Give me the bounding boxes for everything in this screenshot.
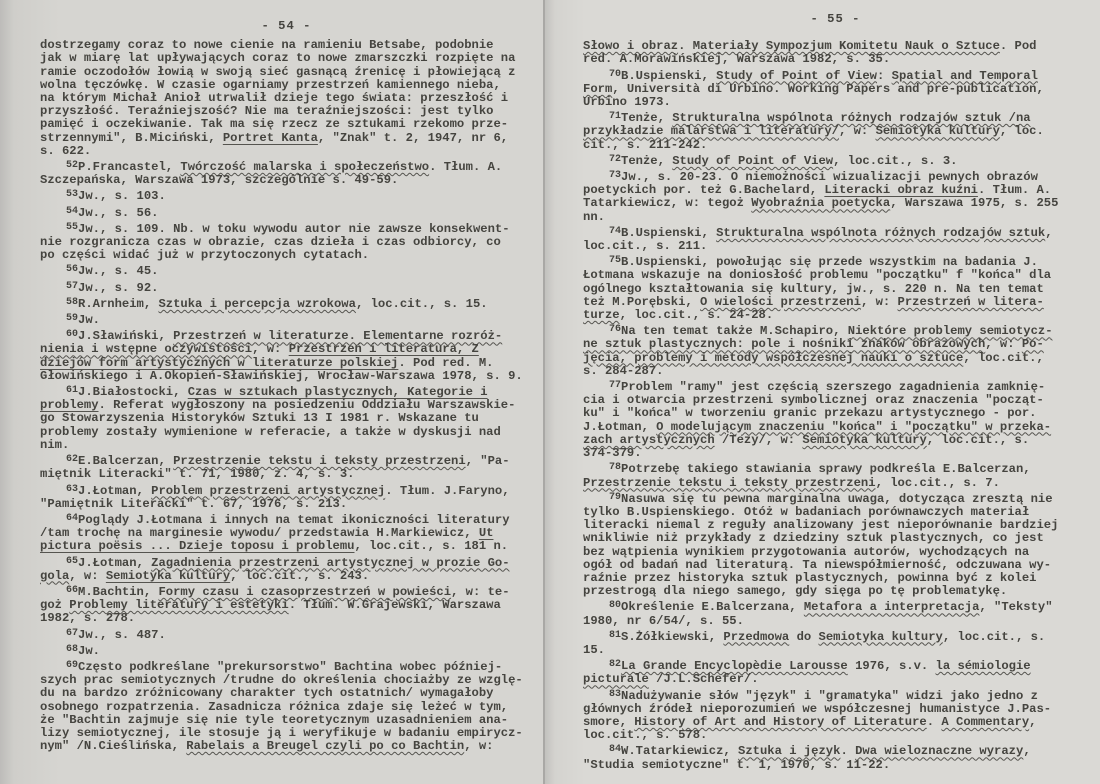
footnote-number: 78 <box>609 462 621 473</box>
footnote-65: 65J.Łotman, Zagadnienia przestrzeni arty… <box>40 557 533 583</box>
text-segment: R.Arnheim, <box>78 297 158 311</box>
footnote-69: 69Często podkreślane "prekursorstwo" Bac… <box>40 661 533 753</box>
cited-title: Słowo i obraz <box>583 39 678 53</box>
cited-title: Strukturalna wspólnota różnych rodzajów … <box>716 226 1045 240</box>
footnote-number: 84 <box>609 744 621 755</box>
text-segment: , loc.cit., s. 7. <box>876 476 1000 490</box>
cited-title: Semiotyka kultury <box>802 433 926 447</box>
footnote-83: 83Nadużywanie słów "język" i "gramatyka"… <box>583 690 1088 743</box>
text-segment: Jw., s. 109. Nb. w toku wywodu autor nie… <box>40 222 510 262</box>
cited-title: O wielości przestrzeni <box>700 295 861 309</box>
text-segment: Nasuwa się tu pewna marginalna uwaga, do… <box>583 492 1058 598</box>
footnote-number: 58 <box>66 297 78 308</box>
text-segment: M.Bachtin, <box>78 585 158 599</box>
footnote-84: 84W.Tatarkiewicz, Sztuka i język. Dwa wi… <box>583 745 1088 771</box>
footnote-number: 69 <box>66 660 78 671</box>
footnote-58: 58R.Arnheim, Sztuka i percepcja wzrokowa… <box>40 298 533 311</box>
text-segment: . <box>840 744 855 758</box>
text-segment: , w: <box>839 124 876 138</box>
text-segment: , w: <box>252 342 289 356</box>
footnote-77: 77Problem "ramy" jest częścią szerszego … <box>583 381 1088 460</box>
cited-title: Przestrzenie tekstu i teksty przestrzeni <box>173 454 466 468</box>
footnote-number: 64 <box>66 513 78 524</box>
footnote-68: 68Jw. <box>40 645 533 658</box>
footnote-74: 74B.Uspienski, Strukturalna wspólnota ró… <box>583 227 1088 253</box>
text-segment: , loc.cit., s. 243. <box>230 569 369 583</box>
cited-title: History of Art and History of Literature <box>634 715 927 729</box>
cited-title: A Commentary <box>941 715 1029 729</box>
text-segment: /J.L.Schefer/. <box>649 672 759 686</box>
footnote-number: 62 <box>66 454 78 465</box>
text-segment: Jw., s. 487. <box>78 628 166 642</box>
page-right: - 55 - Słowo i obraz. Materiały Sympozju… <box>543 0 1100 784</box>
text-segment: Tenże, <box>621 111 672 125</box>
footnote-75: 75B.Uspienski, powołując się przede wszy… <box>583 256 1088 322</box>
footnote-71: 71Tenże, Strukturalna wspólnota różnych … <box>583 112 1088 152</box>
footnote-number: 77 <box>609 380 621 391</box>
body-paragraph: Słowo i obraz. Materiały Sympozjum Komit… <box>583 40 1088 66</box>
footnote-number: 72 <box>609 154 621 165</box>
footnote-number: 57 <box>66 281 78 292</box>
body-paragraph: dostrzegamy coraz to nowe cienie na rami… <box>40 39 533 158</box>
footnote-number: 67 <box>66 628 78 639</box>
cited-title: Materiały Sympozjum Komitetu Nauk o Sztu… <box>693 39 1000 53</box>
cited-title: La Grande Encyclopèdie Larousse <box>621 659 848 673</box>
book-spread: - 54 - dostrzegamy coraz to nowe cienie … <box>0 0 1100 784</box>
footnote-66: 66M.Bachtin, Formy czasu i czasoprzestrz… <box>40 586 533 626</box>
text-segment: , w: <box>861 295 898 309</box>
footnote-52: 52P.Francastel, Twórczość malarska i spo… <box>40 161 533 187</box>
text-segment: dostrzegamy coraz to nowe cienie na rami… <box>40 38 515 144</box>
footnote-70: 70B.Uspienski, Study of Point of View: S… <box>583 70 1088 110</box>
cited-title: Sztuka i język <box>738 744 840 758</box>
footnote-63: 63J.Łotman, Problem przestrzeni artystyc… <box>40 485 533 511</box>
footnote-number: 53 <box>66 189 78 200</box>
text-segment: Jw., s. 45. <box>78 264 158 278</box>
text-segment: , w: <box>985 337 1022 351</box>
footnote-55: 55Jw., s. 109. Nb. w toku wywodu autor n… <box>40 223 533 263</box>
text-segment: Tenże, <box>621 154 672 168</box>
footnote-number: 80 <box>609 600 621 611</box>
footnote-number: 74 <box>609 226 621 237</box>
footnote-number: 68 <box>66 644 78 655</box>
footnote-60: 60J.Sławiński, Przestrzeń w literaturze.… <box>40 330 533 383</box>
text-segment: /Tezy/, w: <box>715 433 803 447</box>
page-right-content: Słowo i obraz. Materiały Sympozjum Komit… <box>583 40 1088 772</box>
text-segment: J.Łotman, <box>78 484 151 498</box>
footnote-number: 79 <box>609 492 621 503</box>
footnote-number: 66 <box>66 585 78 596</box>
text-segment: , loc.cit., s. 24-28. <box>620 308 774 322</box>
text-segment: Potrzebę takiego stawiania sprawy podkre… <box>621 462 1031 476</box>
text-segment: Na ten temat także M.Schapiro, <box>621 324 848 338</box>
cited-title: Semiotyka kultury <box>106 569 230 583</box>
page-number-left: - 54 - <box>40 20 533 33</box>
text-segment: B.Uspienski, <box>621 226 716 240</box>
text-segment: . <box>927 715 942 729</box>
text-segment: : <box>877 69 892 83</box>
text-segment: , w: <box>464 739 493 753</box>
footnote-number: 63 <box>66 484 78 495</box>
footnote-62: 62E.Balcerzan, Przestrzenie tekstu i tek… <box>40 455 533 481</box>
footnote-number: 61 <box>66 385 78 396</box>
cited-title: Twórczość malarska i społeczeństwo <box>180 160 429 174</box>
cited-title: Semiotyka kultury <box>876 124 1000 138</box>
cited-title: Formy czasu i czasoprzestrzeń w powieści <box>158 585 451 599</box>
text-segment: J.Łotman, <box>78 556 151 570</box>
text-segment: B.Uspienski, <box>621 69 716 83</box>
text-segment: S.Żółkiewski, <box>621 630 723 644</box>
text-segment: , loc.cit., s. 3. <box>833 154 957 168</box>
footnote-73: 73Jw., s. 20-23. O niemożności wizualiza… <box>583 171 1088 224</box>
cited-title: Portret Kanta <box>223 131 318 145</box>
text-segment: Jw., s. 103. <box>78 189 166 203</box>
cited-title: Przestrzenie tekstu i teksty przestrzeni <box>583 476 876 490</box>
footnote-number: 75 <box>609 255 621 266</box>
footnote-number: 65 <box>66 556 78 567</box>
footnote-76: 76Na ten temat także M.Schapiro, Niektór… <box>583 325 1088 378</box>
text-segment: J.Białostocki, <box>78 385 188 399</box>
text-segment: . Referat wygłoszony na posiedzeniu Oddz… <box>40 398 515 452</box>
text-segment: , loc.cit., s. 15. <box>356 297 488 311</box>
footnote-59: 59Jw. <box>40 314 533 327</box>
footnote-number: 54 <box>66 206 78 217</box>
cited-title: Rabelais a Breugel czyli po co Bachtin <box>186 739 464 753</box>
footnote-79: 79Nasuwa się tu pewna marginalna uwaga, … <box>583 493 1088 599</box>
footnote-67: 67Jw., s. 487. <box>40 629 533 642</box>
footnote-number: 83 <box>609 689 621 700</box>
text-segment: Jw. <box>78 313 100 327</box>
footnote-number: 71 <box>609 111 621 122</box>
footnote-number: 70 <box>609 69 621 80</box>
text-segment: J.Sławiński, <box>78 329 173 343</box>
footnote-64: 64Poglądy J.Łotmana i innych na temat ik… <box>40 514 533 554</box>
footnote-number: 76 <box>609 324 621 335</box>
footnote-number: 59 <box>66 313 78 324</box>
footnote-57: 57Jw., s. 92. <box>40 282 533 295</box>
footnote-61: 61J.Białostocki, Czas w sztukach plastyc… <box>40 386 533 452</box>
footnote-number: 52 <box>66 160 78 171</box>
footnote-56: 56Jw., s. 45. <box>40 265 533 278</box>
cited-title: Metafora a interpretacja <box>804 600 980 614</box>
footnote-80: 80Określenie E.Balcerzana, Metafora a in… <box>583 601 1088 627</box>
cited-title: Literacki obraz kuźni <box>824 183 978 197</box>
text-segment: . <box>678 39 693 53</box>
footnote-81: 81S.Żółkiewski, Przedmowa do Semiotyka k… <box>583 631 1088 657</box>
text-segment: Określenie E.Balcerzana, <box>621 600 804 614</box>
footnote-number: 55 <box>66 222 78 233</box>
cited-title: Przedmowa <box>723 630 789 644</box>
footnote-number: 81 <box>609 630 621 641</box>
footnote-number: 82 <box>609 659 621 670</box>
text-segment: Jw., s. 92. <box>78 281 158 295</box>
text-segment: do <box>789 630 818 644</box>
footnote-53: 53Jw., s. 103. <box>40 190 533 203</box>
page-number-right: - 55 - <box>583 13 1088 26</box>
page-left: - 54 - dostrzegamy coraz to nowe cienie … <box>0 0 543 784</box>
footnote-number: 73 <box>609 170 621 181</box>
text-segment: W.Tatarkiewicz, <box>621 744 738 758</box>
text-segment: 1976, s.v. <box>848 659 936 673</box>
cited-title: Wyobraźnia poetycka <box>751 196 890 210</box>
text-segment: P.Francastel, <box>78 160 180 174</box>
text-segment: , w: <box>69 569 106 583</box>
text-segment: , Università di Urbino. Working Papers a… <box>583 82 1044 109</box>
footnote-78: 78Potrzebę takiego stawiania sprawy podk… <box>583 463 1088 489</box>
footnote-number: 60 <box>66 329 78 340</box>
text-segment: , loc.cit., s. 181 n. <box>355 539 509 553</box>
page-left-content: dostrzegamy coraz to nowe cienie na rami… <box>40 39 533 753</box>
footnote-number: 56 <box>66 264 78 275</box>
footnote-54: 54Jw., s. 56. <box>40 207 533 220</box>
footnote-72: 72Tenże, Study of Point of View, loc.cit… <box>583 155 1088 168</box>
footnote-82: 82La Grande Encyclopèdie Larousse 1976, … <box>583 660 1088 686</box>
text-segment: Jw., s. 56. <box>78 206 158 220</box>
cited-title: Semiotyka kultury <box>819 630 943 644</box>
text-segment: Jw. <box>78 644 100 658</box>
cited-title: Problemy literatury i estetyki <box>69 598 288 612</box>
cited-title: Study of Point of View <box>672 154 833 168</box>
cited-title: Study of Point of View <box>716 69 877 83</box>
cited-title: Dwa wieloznaczne wyrazy <box>855 744 1023 758</box>
cited-title: Sztuka i percepcja wzrokowa <box>158 297 355 311</box>
cited-title: Problem przestrzeni artystycznej <box>151 484 385 498</box>
text-segment: Poglądy J.Łotmana i innych na temat ikon… <box>40 513 510 540</box>
text-segment: E.Balcerzan, <box>78 454 173 468</box>
